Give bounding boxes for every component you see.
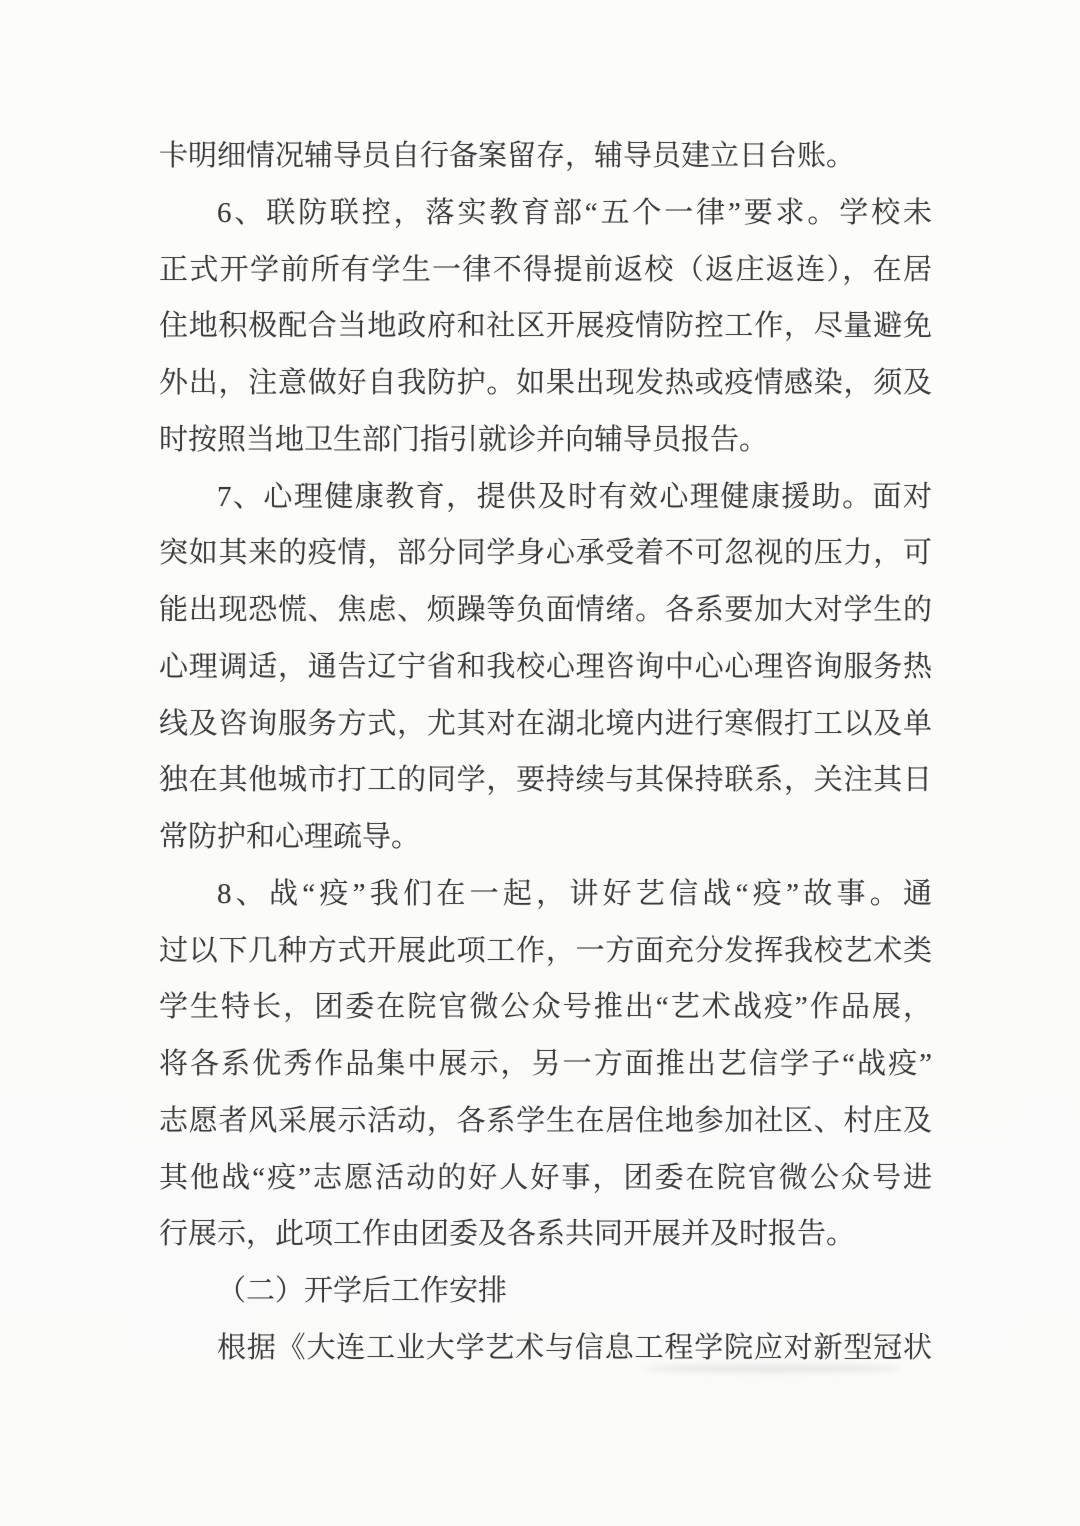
text-line: 心理调适，通告辽宁省和我校心理咨询中心心理咨询服务热 [159, 639, 932, 696]
text-line: 时按照当地卫生部门指引就诊并向辅导员报告。 [159, 412, 932, 469]
text-line: 常防护和心理疏导。 [159, 809, 932, 866]
text-line: 6、联防联控，落实教育部“五个一律”要求。学校未 [159, 185, 932, 242]
text-line: 过以下几种方式开展此项工作，一方面充分发挥我校艺术类 [159, 923, 932, 980]
text-line: 卡明细情况辅导员自行备案留存，辅导员建立日台账。 [159, 128, 932, 185]
text-line: 行展示，此项工作由团委及各系共同开展并及时报告。 [159, 1206, 932, 1263]
text-line: 其他战“疫”志愿活动的好人好事，团委在院官微公众号进 [159, 1150, 932, 1207]
text-line: 突如其来的疫情，部分同学身心承受着不可忽视的压力，可 [159, 525, 932, 582]
document-page: 卡明细情况辅导员自行备案留存，辅导员建立日台账。 6、联防联控，落实教育部“五个… [0, 0, 1080, 1526]
text-line: 学生特长，团委在院官微公众号推出“艺术战疫”作品展， [159, 979, 932, 1036]
text-line: 能出现恐慌、焦虑、烦躁等负面情绪。各系要加大对学生的 [159, 582, 932, 639]
text-line: 线及咨询服务方式，尤其对在湖北境内进行寒假打工以及单 [159, 696, 932, 753]
text-line: 独在其他城市打工的同学，要持续与其保持联系，关注其日 [159, 752, 932, 809]
text-line: 住地积极配合当地政府和社区开展疫情防控工作，尽量避免 [159, 298, 932, 355]
text-line: 将各系优秀作品集中展示，另一方面推出艺信学子“战疫” [159, 1036, 932, 1093]
text-line: 志愿者风采展示活动，各系学生在居住地参加社区、村庄及 [159, 1093, 932, 1150]
text-line: （二）开学后工作安排 [159, 1263, 932, 1320]
text-line: 8、战“疫”我们在一起，讲好艺信战“疫”故事。通 [159, 866, 932, 923]
text-line: 7、心理健康教育，提供及时有效心理健康援助。面对 [159, 469, 932, 526]
scan-smudge-artifact [645, 1364, 900, 1373]
text-line: 正式开学前所有学生一律不得提前返校（返庄返连），在居 [159, 242, 932, 299]
document-text-block: 卡明细情况辅导员自行备案留存，辅导员建立日台账。 6、联防联控，落实教育部“五个… [159, 128, 932, 1377]
text-line: 外出，注意做好自我防护。如果出现发热或疫情感染，须及 [159, 355, 932, 412]
